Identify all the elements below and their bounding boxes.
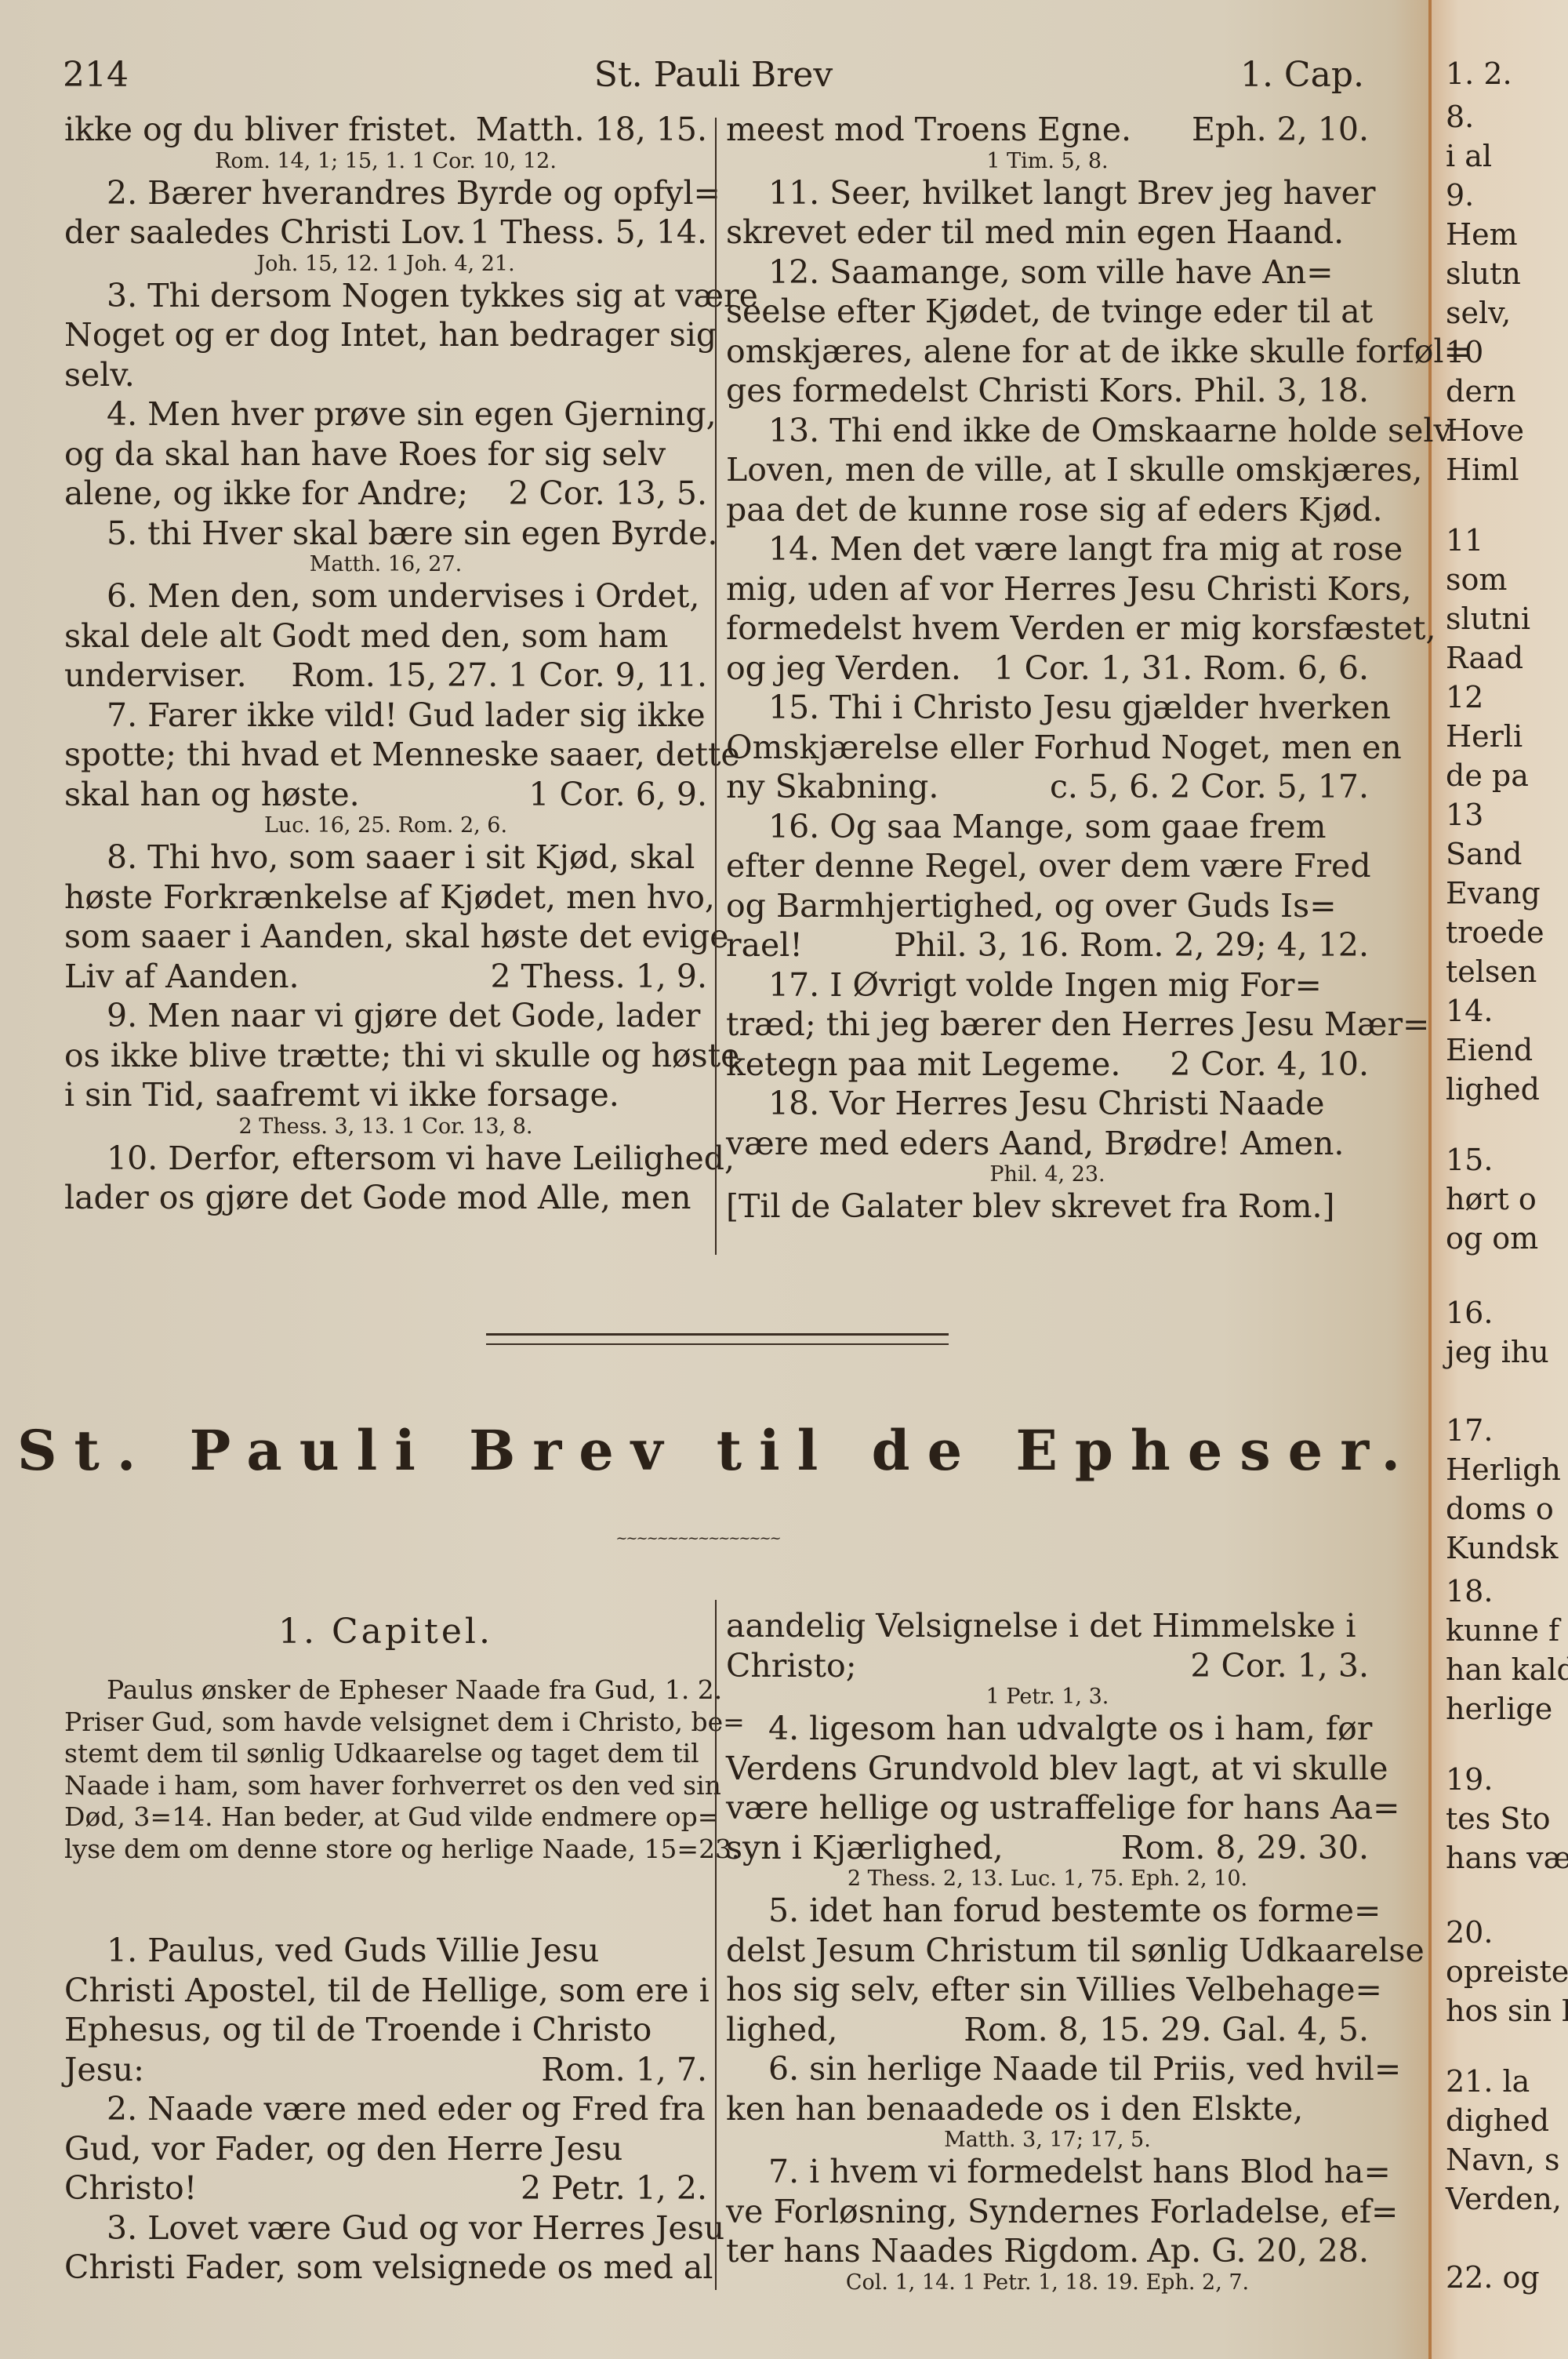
verse-line: Jesu:Rom. 1, 7. [64,2050,707,2090]
verse-text: 3. Thi dersom Nogen tykkes sig at være [107,276,758,316]
scripture-reference: Rom. 15, 27. 1 Cor. 9, 11. [291,656,707,696]
facing-page-text-fragment: opreiste [1446,1953,1568,1990]
facing-page-text-fragment: og om [1446,1219,1538,1257]
verse-text: formedelst hvem Verden er mig korsfæstet… [726,609,1436,649]
ornament-rule: ~~~~~~~~~~~~~~~~ [596,1535,800,1543]
verse-line: Christi Apostel, til de Hellige, som ere… [64,1971,707,2011]
facing-page-text-fragment: dighed [1446,2102,1549,2139]
verse-start-line: 5. idet han forud bestemte os forme= [726,1891,1369,1931]
verse-text: ikke og du bliver fristet. [64,110,457,150]
facing-page-text-fragment: dern [1446,373,1515,410]
scripture-reference: 2 Cor. 1, 3. [1190,1646,1369,1686]
verse-text: 5. idet han forud bestemte os forme= [768,1891,1381,1931]
verse-start-line: 2. Naade være med eder og Fred fra [64,2089,707,2129]
verse-line: lighed,Rom. 8, 15. 29. Gal. 4, 5. [726,2010,1369,2050]
cross-reference: Rom. 14, 1; 15, 1. 1 Cor. 10, 12. [64,150,707,173]
verse-line: selv. [64,355,707,395]
verse-start-line: 7. i hvem vi formedelst hans Blod ha= [726,2152,1369,2192]
facing-page-text-fragment: Himl [1446,451,1519,489]
verse-start-line: 11. Seer, hvilket langt Brev jeg haver [726,173,1369,213]
section-double-rule [486,1333,949,1345]
verse-text: 6. Men den, som undervises i Ordet, [107,576,699,616]
chapter-heading: 1. Capitel. [64,1612,707,1652]
verse-start-line: 6. Men den, som undervises i Ordet, [64,576,707,616]
facing-page-text-fragment: 8. [1446,98,1474,136]
scripture-reference: Phil. 3, 16. Rom. 2, 29; 4, 12. [894,925,1369,965]
verse-line: omskjæres, alene for at de ikke skulle f… [726,332,1369,372]
verse-text: Loven, men de ville, at I skulle omskjær… [726,450,1422,490]
verse-text: og da skal han have Roes for sig selv [64,434,666,474]
cross-reference: Luc. 16, 25. Rom. 2, 6. [64,814,707,838]
verse-text: 11. Seer, hvilket langt Brev jeg haver [768,173,1375,213]
verse-text: være med eders Aand, Brødre! Amen. [726,1124,1344,1164]
verse-start-line: 5. thi Hver skal bære sin egen Byrde. [64,514,707,554]
verse-text: 13. Thi end ikke de Omskaarne holde selv [768,411,1452,451]
scripture-reference: 1 Cor. 6, 9. [528,775,707,815]
column-divider [715,1600,717,2290]
facing-page-text-fragment: Navn, s [1446,2141,1560,2179]
scripture-reference: 1 Thess. 5, 14. [470,213,707,253]
running-title: St. Pauli Brev [63,55,1364,95]
facing-page-text-fragment: telsen [1446,953,1537,990]
chapter-summary: Paulus ønsker de Epheser Naade fra Gud, … [64,1674,707,1865]
verse-line: seelse efter Kjødet, de tvinge eder til … [726,292,1369,332]
verse-text: efter denne Regel, over dem være Fred [726,846,1371,886]
verse-line: ges formedelst Christi Kors.Phil. 3, 18. [726,371,1369,411]
verse-start-line: 8. Thi hvo, som saaer i sit Kjød, skal [64,838,707,878]
verse-line: alene, og ikke for Andre;2 Cor. 13, 5. [64,474,707,514]
verse-text: skal han og høste. [64,775,360,815]
scripture-reference: Matth. 18, 15. [476,110,707,150]
facing-page-text-fragment: 15. [1446,1141,1493,1179]
verse-line: og jeg Verden.1 Cor. 1, 31. Rom. 6, 6. [726,649,1369,689]
verse-line: ketegn paa mit Legeme.2 Cor. 4, 10. [726,1045,1369,1085]
verse-line: spotte; thi hvad et Menneske saaer, dett… [64,735,707,775]
verse-text: 8. Thi hvo, som saaer i sit Kjød, skal [107,838,695,878]
verse-line: Liv af Aanden.2 Thess. 1, 9. [64,957,707,997]
facing-page-text-fragment: selv, [1446,294,1511,332]
facing-page-text-fragment: Eiend [1446,1031,1533,1069]
verse-text: 4. Men hver prøve sin egen Gjerning, [107,394,717,434]
verse-text: Noget og er dog Intet, han bedrager sig [64,315,717,355]
verse-line: skal han og høste.1 Cor. 6, 9. [64,775,707,815]
verse-text: hos sig selv, efter sin Villies Velbehag… [726,1970,1382,2010]
facing-page-text-fragment: 17. [1446,1412,1493,1449]
verse-line: syn i Kjærlighed,Rom. 8, 29. 30. [726,1828,1369,1868]
cross-reference: 2 Thess. 3, 13. 1 Cor. 13, 8. [64,1115,707,1139]
book-title: St. Pauli Brev til de Epheser. [0,1418,1435,1483]
verse-line: ny Skabning.c. 5, 6. 2 Cor. 5, 17. [726,767,1369,807]
cross-reference: Phil. 4, 23. [726,1163,1369,1187]
scripture-reference: 2 Petr. 1, 2. [521,2168,707,2208]
facing-page-text-fragment: jeg ihu [1446,1333,1549,1371]
verse-line: Loven, men de ville, at I skulle omskjær… [726,450,1369,490]
verse-text: skal dele alt Godt med den, som ham [64,616,668,656]
scripture-reference: Phil. 3, 18. [1193,371,1369,411]
verse-text: 16. Og saa Mange, som gaae frem [768,807,1326,847]
scripture-reference: 1 Cor. 1, 31. Rom. 6, 6. [994,649,1370,689]
verse-line: i sin Tid, saafremt vi ikke forsage. [64,1075,707,1115]
scripture-reference: 2 Thess. 1, 9. [490,957,707,997]
galatians-right-column: meest mod Troens Egne.Eph. 2, 10.1 Tim. … [726,110,1369,1227]
verse-text: Omskjærelse eller Forhud Noget, men en [726,728,1402,768]
verse-text: aandelig Velsignelse i det Himmelske i [726,1606,1356,1646]
verse-text: ny Skabning. [726,767,938,807]
verse-start-line: 4. Men hver prøve sin egen Gjerning, [64,394,707,434]
facing-page-text-fragment: 12 [1446,678,1483,716]
verse-start-line: 10. Derfor, eftersom vi have Leilighed, [64,1139,707,1179]
column-divider [715,118,717,1255]
verse-line: skrevet eder til med min egen Haand. [726,213,1369,253]
verse-start-line: 2. Bærer hverandres Byrde og opfyl= [64,173,707,213]
facing-page-text-fragment: Evang [1446,874,1541,912]
cross-reference: Matth. 16, 27. [64,553,707,576]
facing-page-text-fragment: kunne f [1446,1612,1559,1649]
verse-text: meest mod Troens Egne. [726,110,1131,150]
verse-text: Christo! [64,2168,197,2208]
verse-line: ikke og du bliver fristet.Matth. 18, 15. [64,110,707,150]
cross-reference: 1 Petr. 1, 3. [726,1685,1369,1709]
verse-text: [Til de Galater blev skrevet fra Rom.] [726,1187,1334,1227]
verse-text: og jeg Verden. [726,649,961,689]
verse-text: og Barmhjertighed, og over Guds Is= [726,886,1337,926]
facing-page-text-fragment: 19. [1446,1761,1493,1798]
verse-line: ve Forløsning, Syndernes Forladelse, ef= [726,2192,1369,2232]
facing-page-text-fragment: Herli [1446,718,1523,755]
verse-text: 3. Lovet være Gud og vor Herres Jesu [107,2208,724,2248]
verse-text: paa det de kunne rose sig af eders Kjød. [726,490,1383,530]
scripture-reference: Rom. 1, 7. [541,2050,707,2090]
verse-text: 7. i hvem vi formedelst hans Blod ha= [768,2152,1391,2192]
verse-text: omskjæres, alene for at de ikke skulle f… [726,332,1471,372]
verse-text: alene, og ikke for Andre; [64,474,468,514]
cross-reference: Matth. 3, 17; 17, 5. [726,2128,1369,2152]
verse-start-line: 18. Vor Herres Jesu Christi Naade [726,1084,1369,1124]
facing-page-text-fragment: som [1446,561,1507,598]
verse-text: Verdens Grundvold blev lagt, at vi skull… [726,1749,1388,1789]
facing-page-text-fragment: 22. og [1446,2259,1540,2296]
summary-line: Priser Gud, som havde velsignet dem i Ch… [64,1707,707,1739]
verse-text: 2. Naade være med eder og Fred fra [107,2089,706,2129]
verse-text: os ikke blive trætte; thi vi skulle og h… [64,1036,739,1076]
facing-page-text-fragment: hos sin H [1446,1992,1568,2030]
cross-reference: 2 Thess. 2, 13. Luc. 1, 75. Eph. 2, 10. [726,1867,1369,1891]
verse-text: 4. ligesom han udvalgte os i ham, før [768,1709,1372,1749]
scripture-reference: Eph. 2, 10. [1192,110,1369,150]
facing-page-text-fragment: 21. la [1446,2063,1530,2100]
facing-page-text-fragment: hans væ [1446,1839,1568,1877]
verse-line: høste Forkrænkelse af Kjødet, men hvo, [64,878,707,918]
facing-page-text-fragment: Raad [1446,639,1523,677]
verse-start-line: 7. Farer ikke vild! Gud lader sig ikke [64,696,707,736]
verse-line: Christo!2 Petr. 1, 2. [64,2168,707,2208]
summary-line: Død, 3=14. Han beder, at Gud vilde endme… [64,1801,707,1834]
verse-start-line: 1. Paulus, ved Guds Villie Jesu [64,1931,707,1971]
cross-reference: Joh. 15, 12. 1 Joh. 4, 21. [64,253,707,276]
verse-line: [Til de Galater blev skrevet fra Rom.] [726,1187,1369,1227]
verse-text: Christo; [726,1646,857,1686]
scripture-reference: Ap. G. 20, 28. [1147,2231,1369,2271]
facing-page-text-fragment: lighed [1446,1070,1540,1108]
scripture-reference: Rom. 8, 15. 29. Gal. 4, 5. [964,2010,1369,2050]
cross-reference: Col. 1, 14. 1 Petr. 1, 18. 19. Eph. 2, 7… [726,2271,1369,2295]
verse-text: 9. Men naar vi gjøre det Gode, lader [107,996,700,1036]
galatians-left-column: ikke og du bliver fristet.Matth. 18, 15.… [64,110,707,1218]
facing-page-text-fragment: Hem [1446,216,1518,253]
verse-start-line: 4. ligesom han udvalgte os i ham, før [726,1709,1369,1749]
verse-text: være hellige og ustraffelige for hans Aa… [726,1788,1399,1828]
facing-page-text-fragment: 13 [1446,796,1483,834]
verse-text: skrevet eder til med min egen Haand. [726,213,1344,253]
verse-text: mig, uden af vor Herres Jesu Christi Kor… [726,569,1412,609]
verse-start-line: 3. Thi dersom Nogen tykkes sig at være [64,276,707,316]
verse-text: ketegn paa mit Legeme. [726,1045,1120,1085]
verse-text: selv. [64,355,135,395]
verse-line: hos sig selv, efter sin Villies Velbehag… [726,1970,1369,2010]
facing-page-text-fragment: 14. [1446,992,1493,1030]
verse-line: Gud, vor Fader, og den Herre Jesu [64,2129,707,2169]
running-head: 214 St. Pauli Brev 1. Cap. [63,55,1364,102]
verse-start-line: 9. Men naar vi gjøre det Gode, lader [64,996,707,1036]
facing-page-text-fragment: Herligh [1446,1451,1561,1488]
verse-start-line: 3. Lovet være Gud og vor Herres Jesu [64,2208,707,2248]
verse-text: ter hans Naades Rigdom. [726,2231,1139,2271]
ephesians-right-column: aandelig Velsignelse i det Himmelske iCh… [726,1606,1369,2295]
verse-line: mig, uden af vor Herres Jesu Christi Kor… [726,569,1369,609]
verse-text: Liv af Aanden. [64,957,299,997]
verse-start-line: 15. Thi i Christo Jesu gjælder hverken [726,688,1369,728]
verse-line: underviser.Rom. 15, 27. 1 Cor. 9, 11. [64,656,707,696]
verse-text: Christi Fader, som velsignede os med al [64,2248,713,2288]
scripture-reference: 2 Cor. 13, 5. [508,474,707,514]
verse-text: 17. I Øvrigt volde Ingen mig For= [768,965,1322,1005]
verse-line: ter hans Naades Rigdom.Ap. G. 20, 28. [726,2231,1369,2271]
verse-start-line: 12. Saamange, som ville have An= [726,253,1369,293]
facing-page-text-fragment: Kundsk [1446,1529,1558,1567]
verse-line: være hellige og ustraffelige for hans Aa… [726,1788,1369,1828]
verse-text: 7. Farer ikke vild! Gud lader sig ikke [107,696,706,736]
scripture-reference: c. 5, 6. 2 Cor. 5, 17. [1050,767,1369,807]
verse-text: seelse efter Kjødet, de tvinge eder til … [726,292,1373,332]
verse-line: der saaledes Christi Lov.1 Thess. 5, 14. [64,213,707,253]
facing-page-text-fragment: Verden, r [1446,2180,1568,2218]
verse-line: være med eders Aand, Brødre! Amen. [726,1124,1369,1164]
verse-text: rael! [726,925,803,965]
verse-start-line: 17. I Øvrigt volde Ingen mig For= [726,965,1369,1005]
verse-text: i sin Tid, saafremt vi ikke forsage. [64,1075,619,1115]
facing-page-text-fragment: hørt o [1446,1180,1537,1218]
verse-text: høste Forkrænkelse af Kjødet, men hvo, [64,878,715,918]
verse-line: os ikke blive trætte; thi vi skulle og h… [64,1036,707,1076]
verse-start-line: 13. Thi end ikke de Omskaarne holde selv [726,411,1369,451]
facing-page-text-fragment: 9. [1446,176,1474,214]
scripture-reference: Rom. 8, 29. 30. [1121,1828,1369,1868]
scripture-reference: 2 Cor. 4, 10. [1170,1045,1369,1085]
verse-text: delst Jesum Christum til sønlig Udkaarel… [726,1931,1425,1971]
verse-line: lader os gjøre det Gode mod Alle, men [64,1178,707,1218]
verse-text: som saaer i Aanden, skal høste det evige [64,917,729,957]
summary-line: Paulus ønsker de Epheser Naade fra Gud, … [64,1674,707,1707]
ephesians-left-column: 1. Paulus, ved Guds Villie JesuChristi A… [64,1931,707,2288]
verse-text: Ephesus, og til de Troende i Christo [64,2010,652,2050]
verse-line: Ephesus, og til de Troende i Christo [64,2010,707,2050]
verse-text: spotte; thi hvad et Menneske saaer, dett… [64,735,740,775]
verse-text: ken han benaadede os i den Elskte, [726,2089,1303,2129]
verse-line: som saaer i Aanden, skal høste det evige [64,917,707,957]
verse-line: og da skal han have Roes for sig selv [64,434,707,474]
verse-line: skal dele alt Godt med den, som ham [64,616,707,656]
running-chapter: 1. Cap. [1240,55,1364,95]
summary-line: stemt dem til sønlig Udkaarelse og taget… [64,1738,707,1770]
facing-page-text-fragment: 11 [1446,522,1483,559]
facing-page-text-fragment: slutn [1446,255,1521,293]
verse-text: underviser. [64,656,247,696]
facing-page-text-fragment: 18. [1446,1572,1493,1610]
summary-line: Naade i ham, som haver forhverret os den… [64,1770,707,1802]
facing-page-text-fragment: tes Sto [1446,1800,1551,1837]
verse-line: Omskjærelse eller Forhud Noget, men en [726,728,1369,768]
verse-start-line: 14. Men det være langt fra mig at rose [726,529,1369,569]
verse-line: aandelig Velsignelse i det Himmelske i [726,1606,1369,1646]
verse-line: Christi Fader, som velsignede os med al [64,2248,707,2288]
verse-text: Gud, vor Fader, og den Herre Jesu [64,2129,622,2169]
verse-text: 1. Paulus, ved Guds Villie Jesu [107,1931,599,1971]
verse-start-line: 16. Og saa Mange, som gaae frem [726,807,1369,847]
verse-line: paa det de kunne rose sig af eders Kjød. [726,490,1369,530]
verse-line: efter denne Regel, over dem være Fred [726,846,1369,886]
verse-text: 2. Bærer hverandres Byrde og opfyl= [107,173,720,213]
verse-text: der saaledes Christi Lov. [64,213,466,253]
facing-page-text-fragment: han kald [1446,1651,1568,1688]
verse-line: ken han benaadede os i den Elskte, [726,2089,1369,2129]
facing-page-text-fragment: i al [1446,137,1492,175]
verse-text: 5. thi Hver skal bære sin egen Byrde. [107,514,717,554]
verse-text: 10. Derfor, eftersom vi have Leilighed, [107,1139,735,1179]
verse-line: delst Jesum Christum til sønlig Udkaarel… [726,1931,1369,1971]
verse-line: Christo;2 Cor. 1, 3. [726,1646,1369,1686]
verse-start-line: 6. sin herlige Naade til Priis, ved hvil… [726,2049,1369,2089]
verse-line: Verdens Grundvold blev lagt, at vi skull… [726,1749,1369,1789]
facing-page-text-fragment: slutni [1446,600,1530,638]
cross-reference: 1 Tim. 5, 8. [726,150,1369,173]
verse-line: formedelst hvem Verden er mig korsfæstet… [726,609,1369,649]
facing-page-text-fragment: Sand [1446,835,1523,873]
verse-text: lader os gjøre det Gode mod Alle, men [64,1178,691,1218]
verse-line: Noget og er dog Intet, han bedrager sig [64,315,707,355]
facing-page-text-fragment: 16. [1446,1294,1493,1332]
facing-page-text-fragment: 1. 2. [1446,55,1512,93]
verse-line: træd; thi jeg bærer den Herres Jesu Mær= [726,1005,1369,1045]
facing-page-text-fragment: 20. [1446,1914,1493,1951]
summary-line: lyse dem om denne store og herlige Naade… [64,1834,707,1866]
facing-page-text-fragment: troede [1446,914,1544,951]
verse-text: Jesu: [64,2050,144,2090]
verse-line: rael!Phil. 3, 16. Rom. 2, 29; 4, 12. [726,925,1369,965]
verse-text: træd; thi jeg bærer den Herres Jesu Mær= [726,1005,1429,1045]
verse-text: 12. Saamange, som ville have An= [768,253,1334,293]
verse-text: ges formedelst Christi Kors. [726,371,1183,411]
facing-page-text-fragment: herlige [1446,1690,1552,1728]
verse-text: Christi Apostel, til de Hellige, som ere… [64,1971,710,2011]
verse-text: syn i Kjærlighed, [726,1828,1004,1868]
verse-line: meest mod Troens Egne.Eph. 2, 10. [726,110,1369,150]
verse-line: og Barmhjertighed, og over Guds Is= [726,886,1369,926]
verse-text: lighed, [726,2010,837,2050]
verse-text: 14. Men det være langt fra mig at rose [768,529,1403,569]
verse-text: 6. sin herlige Naade til Priis, ved hvil… [768,2049,1401,2089]
facing-page-text-fragment: de pa [1446,757,1529,794]
facing-page-text-fragment: Hove [1446,412,1524,449]
verse-text: 15. Thi i Christo Jesu gjælder hverken [768,688,1391,728]
verse-text: ve Forløsning, Syndernes Forladelse, ef= [726,2192,1398,2232]
facing-page-text-fragment: doms o [1446,1490,1554,1528]
verse-text: 18. Vor Herres Jesu Christi Naade [768,1084,1325,1124]
